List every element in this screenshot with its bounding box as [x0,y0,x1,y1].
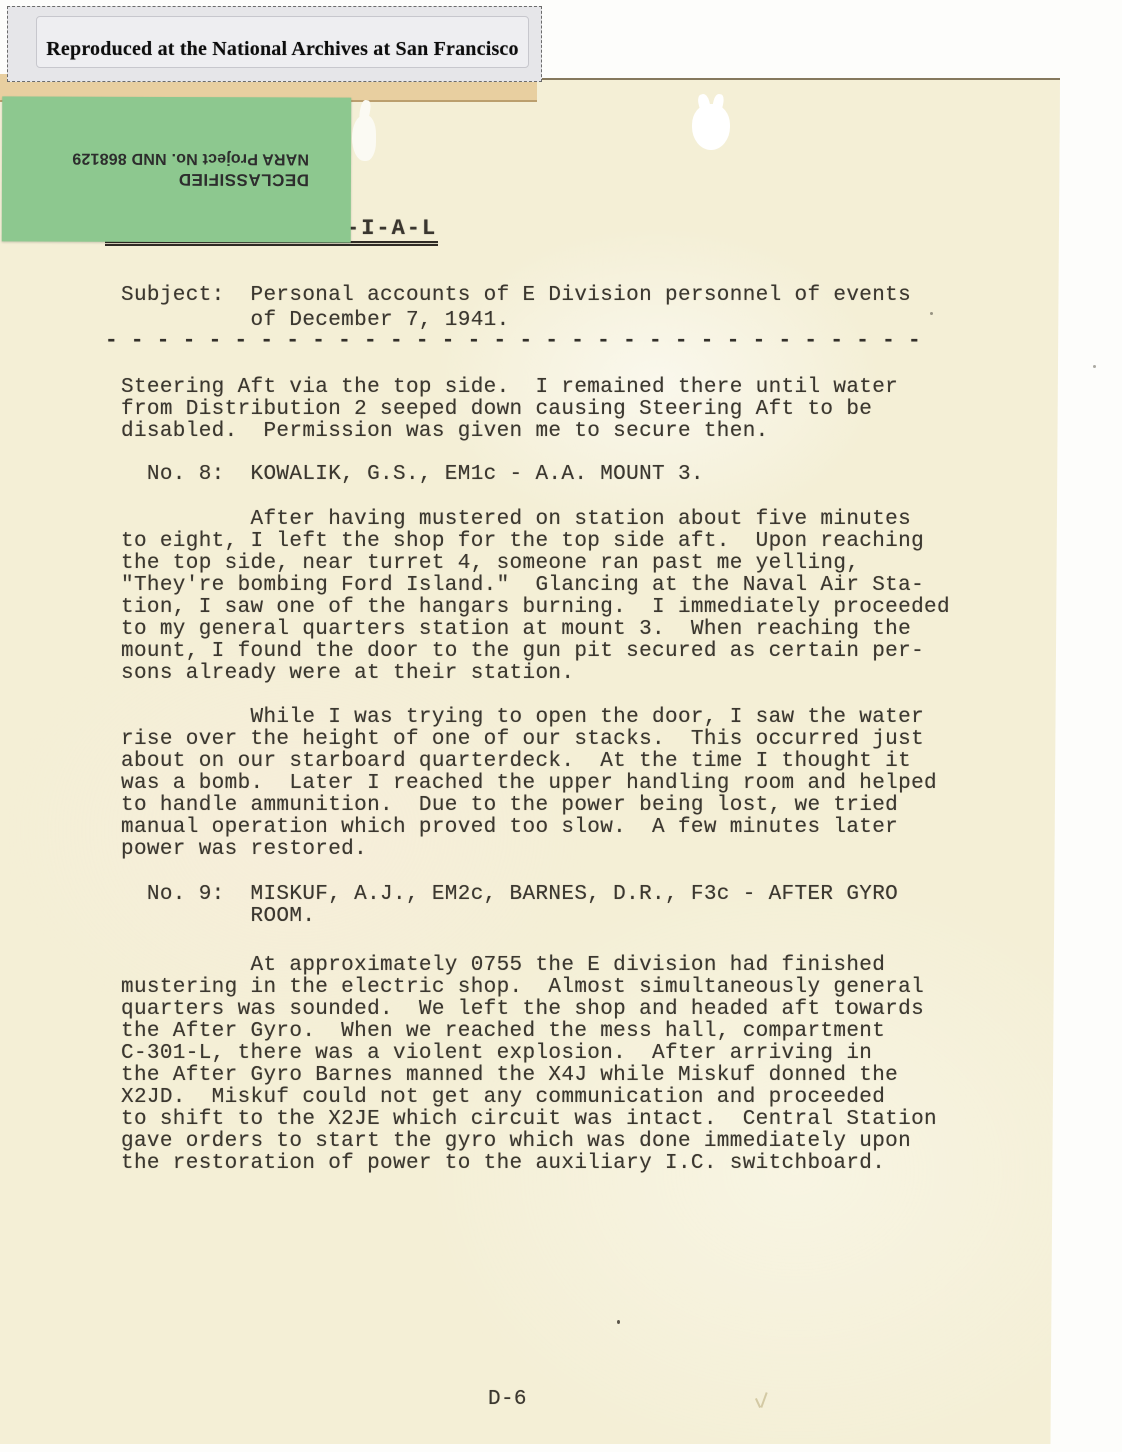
entry-no9-heading-room: ROOM. [121,906,315,928]
text-line: disabled. Permission was given me to sec… [121,421,898,443]
text-line: was a bomb. Later I reached the upper ha… [121,773,937,795]
text-line: mount, I found the door to the gun pit s… [121,641,950,663]
paper-speck [930,312,933,315]
text-line: to handle ammunition. Due to the power b… [121,795,937,817]
paragraph-no9-account: At approximately 0755 the E division had… [121,955,937,1175]
text-line: gave orders to start the gyro which was … [121,1131,937,1153]
text-line: mustering in the electric shop. Almost s… [121,977,937,999]
text-line: While I was trying to open the door, I s… [121,707,937,729]
declassified-label: DECLASSIFIED [2,169,309,191]
text-line: After having mustered on station about f… [121,509,950,531]
paragraph-no8-account-1: After having mustered on station about f… [121,509,950,685]
paper-speck [1093,365,1096,368]
text-line: to my general quarters station at mount … [121,619,950,641]
text-line: C-301-L, there was a violent explosion. … [121,1043,937,1065]
declassified-note-text: DECLASSIFIED NARA Project No. NND 868129 [2,96,352,242]
paragraph-no8-account-2: While I was trying to open the door, I s… [121,707,937,861]
paragraph-steering-aft: Steering Aft via the top side. I remaine… [121,377,898,443]
classification-remnant: -I-A-L [346,216,437,241]
page-number: D-6 [488,1389,527,1411]
text-line: to eight, I left the shop for the top si… [121,531,950,553]
subject-date-line: of December 7, 1941. [121,310,510,332]
text-line: X2JD. Miskuf could not get any communica… [121,1087,937,1109]
document-page: { "archive_banner": { "text": "Reproduce… [0,0,1122,1452]
entry-no9-heading: No. 9: MISKUF, A.J., EM2c, BARNES, D.R.,… [121,884,898,906]
text-line: the top side, near turret 4, someone ran… [121,553,950,575]
text-line: rise over the height of one of our stack… [121,729,937,751]
text-line: "They're bombing Ford Island." Glancing … [121,575,950,597]
text-line: the restoration of power to the auxiliar… [121,1153,937,1175]
text-line: the After Gyro Barnes manned the X4J whi… [121,1065,937,1087]
archives-banner-panel: Reproduced at the National Archives at S… [36,16,529,68]
text-line: from Distribution 2 seeped down causing … [121,399,898,421]
text-line: power was restored. [121,839,937,861]
text-line: tion, I saw one of the hangars burning. … [121,597,950,619]
nara-project-number: NARA Project No. NND 868129 [2,148,309,170]
text-line: to shift to the X2JE which circuit was i… [121,1109,937,1131]
text-line: manual operation which proved too slow. … [121,817,937,839]
dashed-separator: - - - - - - - - - - - - - - - - - - - - … [105,331,921,353]
text-line: Steering Aft via the top side. I remaine… [121,377,898,399]
text-line: about on our starboard quarterdeck. At t… [121,751,937,773]
subject-line: Subject: Personal accounts of E Division… [121,285,911,307]
text-line: the After Gyro. When we reached the mess… [121,1021,937,1043]
text-line: sons already were at their station. [121,663,950,685]
paper-speck [617,1320,620,1324]
declassified-note: DECLASSIFIED NARA Project No. NND 868129 [2,96,352,242]
text-line: At approximately 0755 the E division had… [121,955,937,977]
text-line: quarters was sounded. We left the shop a… [121,999,937,1021]
entry-no8-heading: No. 8: KOWALIK, G.S., EM1c - A.A. MOUNT … [121,464,704,486]
archives-banner-text: Reproduced at the National Archives at S… [46,24,518,61]
archives-banner: Reproduced at the National Archives at S… [7,6,542,82]
